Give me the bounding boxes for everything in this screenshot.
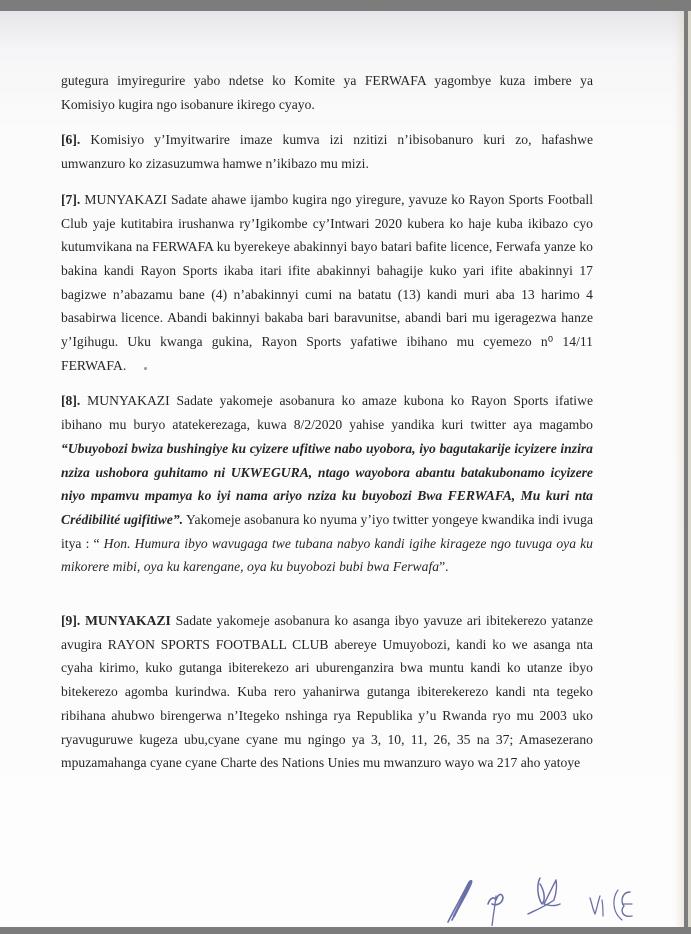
paragraph-text: gutegura imyiregurire yabo ndetse ko Kom… <box>61 73 593 112</box>
paragraph-number: [8]. <box>61 393 80 408</box>
signatures-icon <box>440 870 670 926</box>
emphasized-text: MUNYAKAZI <box>80 613 171 628</box>
paragraph-text: MUNYAKAZI Sadate ahawe ijambo kugira ngo… <box>61 192 593 373</box>
paragraph-p7: [7]. MUNYAKAZI Sadate ahawe ijambo kugir… <box>61 188 593 378</box>
paragraph-number: [6]. <box>61 132 80 147</box>
paragraph-number: [7]. <box>61 192 80 207</box>
stray-mark <box>144 367 147 370</box>
emphasized-text: Hon. Humura ibyo wavugaga twe tubana nab… <box>61 536 593 575</box>
paragraph-p8: [8]. MUNYAKAZI Sadate yakomeje asobanura… <box>61 389 593 579</box>
paragraph-text: Komisiyo y’Imyitwarire imaze kumva izi n… <box>61 132 593 171</box>
paragraph-p9: [9]. MUNYAKAZI Sadate yakomeje asobanura… <box>61 609 593 775</box>
paragraph-text: Sadate yakomeje asobanura ko asanga ibyo… <box>61 613 593 770</box>
paragraph-text: ”. <box>439 559 448 574</box>
paragraph-p6: [6]. Komisiyo y’Imyitwarire imaze kumva … <box>61 128 593 175</box>
signature-row <box>440 870 670 926</box>
document-body: gutegura imyiregurire yabo ndetse ko Kom… <box>61 69 593 787</box>
paragraph-number: [9]. <box>61 613 80 628</box>
paragraph-text: MUNYAKAZI Sadate yakomeje asobanura ko a… <box>61 393 593 432</box>
paragraph-p5-cont: gutegura imyiregurire yabo ndetse ko Kom… <box>61 69 593 116</box>
